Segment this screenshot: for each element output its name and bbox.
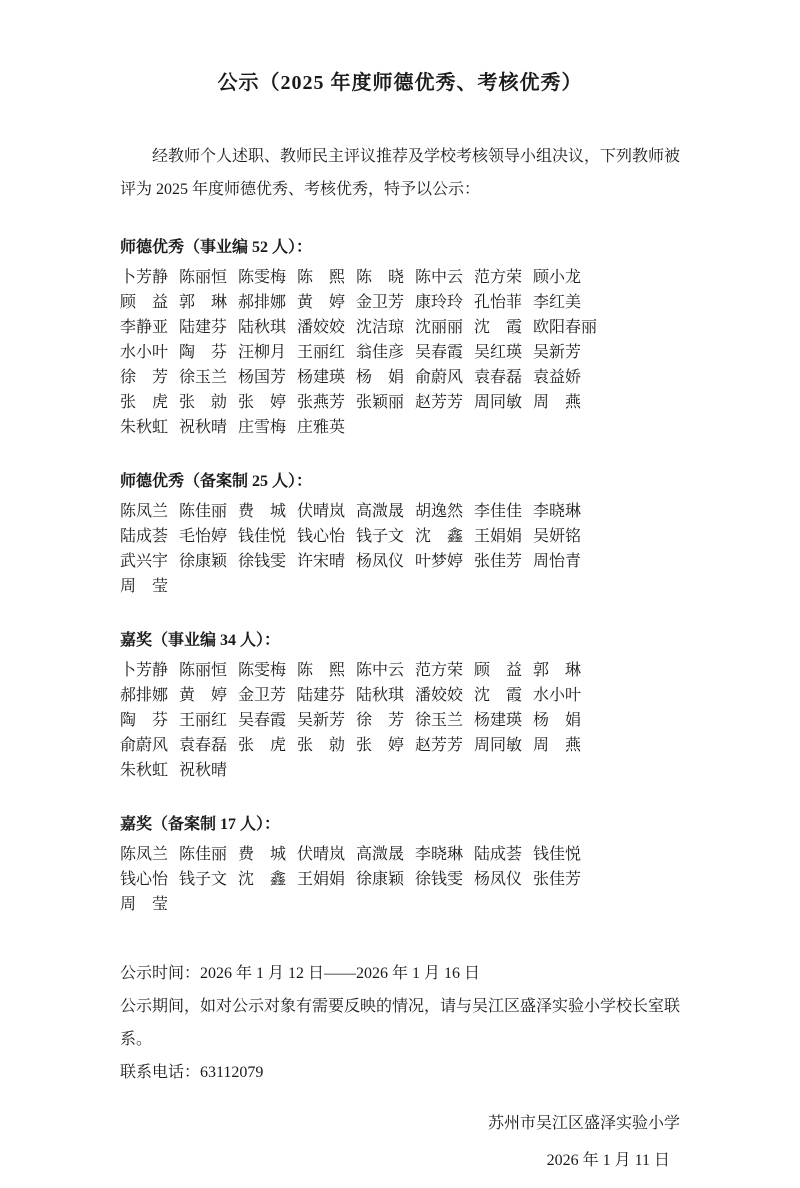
name-line: 卜芳静 陈丽恒 陈雯梅 陈 熙 陈中云 范方荣 顾 益 郭 琳 <box>120 658 680 683</box>
name-line: 俞蔚风 袁春磊 张 虎 张 勍 张 婷 赵芳芳 周同敏 周 燕 <box>120 733 680 758</box>
section-heading: 嘉奖（备案制 17 人）： <box>120 812 680 837</box>
award-section: 师德优秀（事业编 52 人）：卜芳静 陈丽恒 陈雯梅 陈 熙 陈 晓 陈中云 范… <box>120 235 680 440</box>
feedback-note: 公示期间，如对公示对象有需要反映的情况，请与吴江区盛泽实验小学校长室联 系。 <box>120 990 680 1056</box>
publicity-period: 公示时间：2026 年 1 月 12 日——2026 年 1 月 16 日 <box>120 957 680 990</box>
award-section: 师德优秀（备案制 25 人）：陈凤兰 陈佳丽 费 城 伏晴岚 高溦晟 胡逸然 李… <box>120 469 680 599</box>
document-page: 公示（2025 年度师德优秀、考核优秀） 经教师个人述职、教师民主评议推荐及学校… <box>0 0 800 1188</box>
section-heading: 师德优秀（备案制 25 人）： <box>120 469 680 494</box>
name-line: 周 莹 <box>120 892 680 917</box>
name-line: 陈凤兰 陈佳丽 费 城 伏晴岚 高溦晟 胡逸然 李佳佳 李晓琳 <box>120 499 680 524</box>
award-section: 嘉奖（备案制 17 人）：陈凤兰 陈佳丽 费 城 伏晴岚 高溦晟 李晓琳 陆成荟… <box>120 812 680 917</box>
name-line: 陈凤兰 陈佳丽 费 城 伏晴岚 高溦晟 李晓琳 陆成荟 钱佳悦 <box>120 842 680 867</box>
name-line: 朱秋虹 祝秋晴 庄雪梅 庄雅英 <box>120 415 680 440</box>
name-line: 周 莹 <box>120 574 680 599</box>
signature-school: 苏州市吴江区盛泽实验小学 <box>120 1111 680 1136</box>
name-line: 张 虎 张 勍 张 婷 张燕芳 张颖丽 赵芳芳 周同敏 周 燕 <box>120 390 680 415</box>
name-line: 朱秋虹 祝秋晴 <box>120 758 680 783</box>
name-line: 徐 芳 徐玉兰 杨国芳 杨建瑛 杨 娟 俞蔚风 袁春磊 袁益娇 <box>120 365 680 390</box>
sections: 师德优秀（事业编 52 人）：卜芳静 陈丽恒 陈雯梅 陈 熙 陈 晓 陈中云 范… <box>120 235 680 917</box>
name-line: 武兴宇 徐康颖 徐钱雯 许宋晴 杨凤仪 叶梦婷 张佳芳 周怡青 <box>120 549 680 574</box>
name-line: 郝排娜 黄 婷 金卫芳 陆建芬 陆秋琪 潘姣姣 沈 霞 水小叶 <box>120 683 680 708</box>
name-line: 陆成荟 毛怡婷 钱佳悦 钱心怡 钱子文 沈 鑫 王娟娟 吴妍铭 <box>120 524 680 549</box>
award-section: 嘉奖（事业编 34 人）：卜芳静 陈丽恒 陈雯梅 陈 熙 陈中云 范方荣 顾 益… <box>120 628 680 783</box>
document-title: 公示（2025 年度师德优秀、考核优秀） <box>120 70 680 96</box>
contact-phone: 联系电话：63112079 <box>120 1056 680 1089</box>
name-line: 钱心怡 钱子文 沈 鑫 王娟娟 徐康颖 徐钱雯 杨凤仪 张佳芳 <box>120 867 680 892</box>
name-line: 水小叶 陶 芬 汪柳月 王丽红 翁佳彦 吴春霞 吴红瑛 吴新芳 <box>120 340 680 365</box>
signature-block: 苏州市吴江区盛泽实验小学 2026 年 1 月 11 日 <box>120 1111 680 1173</box>
footer-block: 公示时间：2026 年 1 月 12 日——2026 年 1 月 16 日 公示… <box>120 957 680 1089</box>
name-line: 卜芳静 陈丽恒 陈雯梅 陈 熙 陈 晓 陈中云 范方荣 顾小龙 <box>120 265 680 290</box>
signature-date: 2026 年 1 月 11 日 <box>120 1148 670 1173</box>
intro-paragraph: 经教师个人述职、教师民主评议推荐及学校考核领导小组决议，下列教师被 评为 202… <box>120 140 680 206</box>
name-line: 李静亚 陆建芬 陆秋琪 潘姣姣 沈洁琼 沈丽丽 沈 霞 欧阳春丽 <box>120 315 680 340</box>
name-line: 陶 芬 王丽红 吴春霞 吴新芳 徐 芳 徐玉兰 杨建瑛 杨 娟 <box>120 708 680 733</box>
section-heading: 嘉奖（事业编 34 人）： <box>120 628 680 653</box>
name-line: 顾 益 郭 琳 郝排娜 黄 婷 金卫芳 康玲玲 孔怡菲 李红美 <box>120 290 680 315</box>
section-heading: 师德优秀（事业编 52 人）： <box>120 235 680 260</box>
